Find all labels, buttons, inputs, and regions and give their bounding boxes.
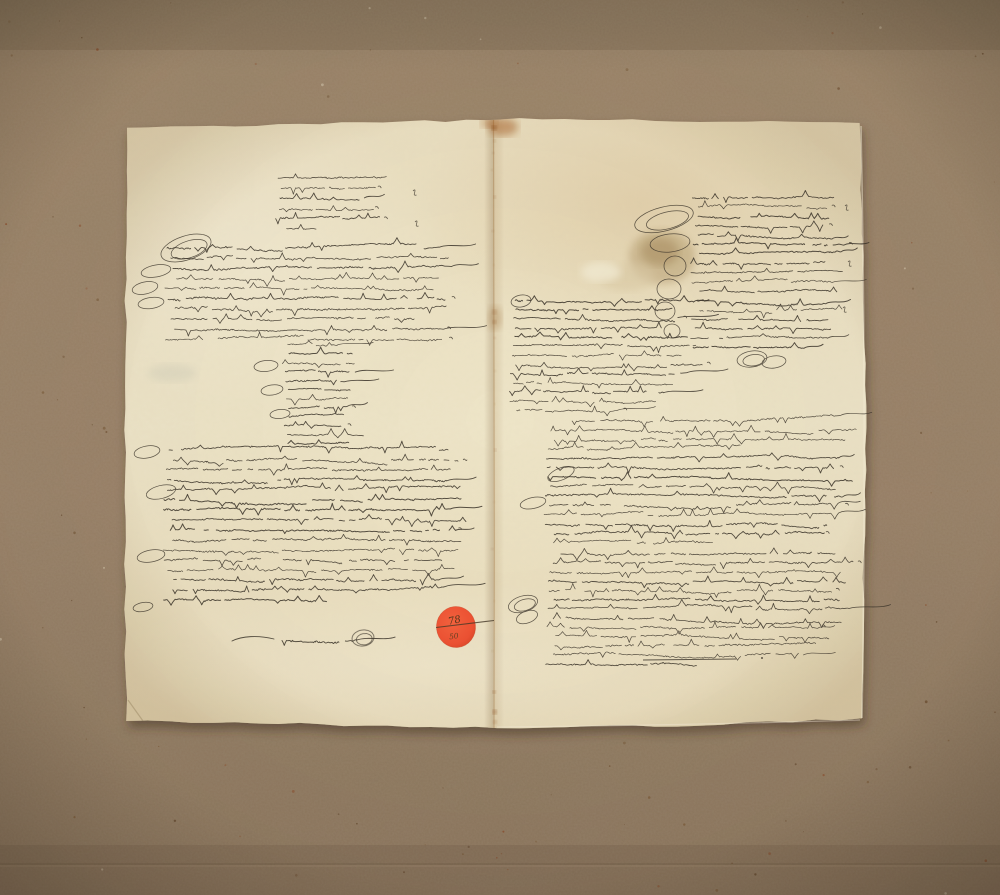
bottom-shadow-band	[0, 845, 1000, 895]
top-shadow-band	[0, 0, 1000, 50]
photo-vignette	[0, 0, 1000, 895]
photographed-manuscript-scene: 78 50	[0, 0, 1000, 895]
manuscript-photo: 78 50	[0, 0, 1000, 895]
